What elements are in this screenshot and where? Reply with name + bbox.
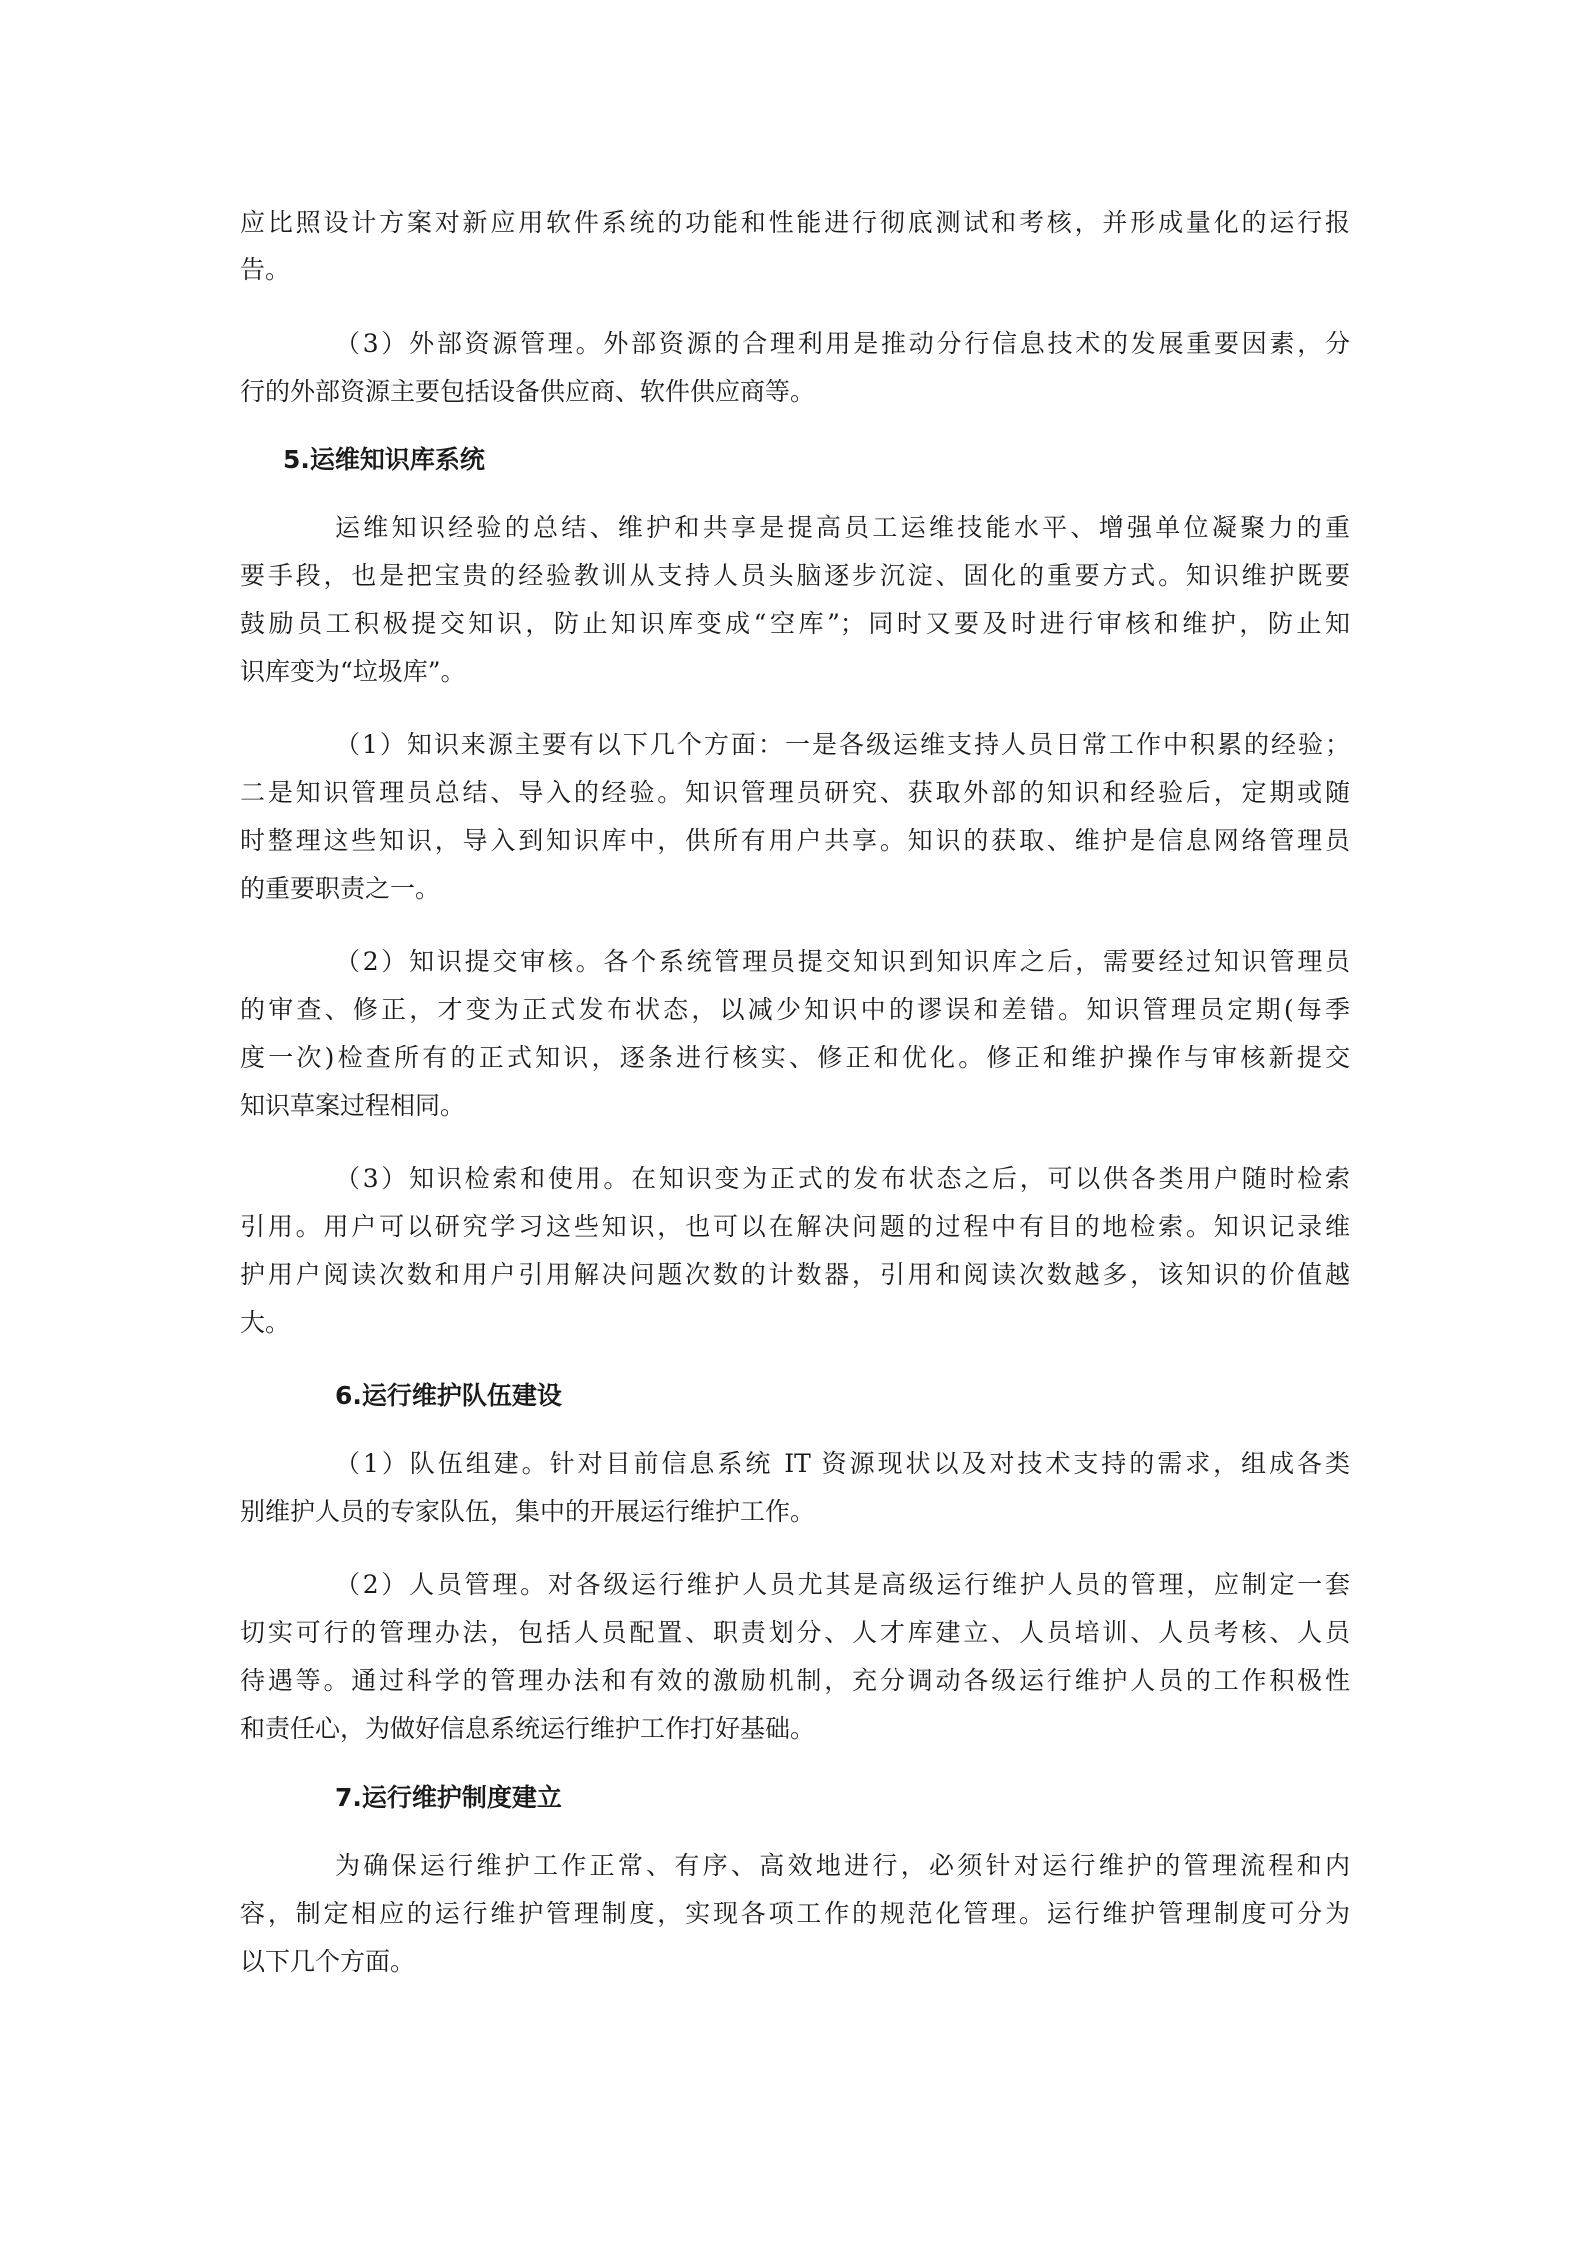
paragraph-line: 度一次)检查所有的正式知识，逐条进行核实、修正和优化。修正和维护操作与审核新提交	[240, 1042, 1350, 1074]
paragraph-line: （3）知识检索和使用。在知识变为正式的发布状态之后，可以供各类用户随时检索	[335, 1163, 1350, 1195]
paragraph-line: 切实可行的管理办法，包括人员配置、职责划分、人才库建立、人员培训、人员考核、人员	[240, 1617, 1350, 1649]
paragraph-line: 运维知识经验的总结、维护和共享是提高员工运维技能水平、增强单位凝聚力的重	[335, 512, 1350, 544]
section-heading: 5.运维知识库系统	[283, 444, 485, 476]
paragraph-line: 识库变为“垃圾库”。	[240, 656, 1350, 688]
paragraph-line: 以下几个方面。	[240, 1946, 1350, 1978]
paragraph-line: 容，制定相应的运行维护管理制度，实现各项工作的规范化管理。运行维护管理制度可分为	[240, 1898, 1350, 1930]
paragraph-line: 待遇等。通过科学的管理办法和有效的激励机制，充分调动各级运行维护人员的工作积极性	[240, 1665, 1350, 1697]
paragraph-line: 二是知识管理员总结、导入的经验。知识管理员研究、获取外部的知识和经验后，定期或随	[240, 777, 1350, 809]
paragraph-line: 告。	[240, 254, 1350, 286]
paragraph-line: 时整理这些知识，导入到知识库中，供所有用户共享。知识的获取、维护是信息网络管理员	[240, 825, 1350, 857]
paragraph-line: （1）知识来源主要有以下几个方面：一是各级运维支持人员日常工作中积累的经验；	[335, 729, 1350, 761]
document-page: 应比照设计方案对新应用软件系统的功能和性能进行彻底测试和考核，并形成量化的运行报…	[0, 0, 1587, 2245]
paragraph-line: 引用。用户可以研究学习这些知识，也可以在解决问题的过程中有目的地检索。知识记录维	[240, 1211, 1350, 1243]
paragraph-line: 鼓励员工积极提交知识，防止知识库变成“空库”；同时又要及时进行审核和维护，防止知	[240, 608, 1350, 640]
paragraph-line: （1）队伍组建。针对目前信息系统 IT 资源现状以及对技术支持的需求，组成各类	[335, 1448, 1350, 1480]
paragraph-line: 大。	[240, 1307, 1350, 1339]
paragraph-line: 别维护人员的专家队伍，集中的开展运行维护工作。	[240, 1496, 1350, 1528]
paragraph-line: 护用户阅读次数和用户引用解决问题次数的计数器，引用和阅读次数越多，该知识的价值越	[240, 1259, 1350, 1291]
section-heading: 7.运行维护制度建立	[335, 1782, 562, 1814]
paragraph-line: 知识草案过程相同。	[240, 1090, 1350, 1122]
paragraph-line: 和责任心，为做好信息系统运行维护工作打好基础。	[240, 1713, 1350, 1745]
section-heading: 6.运行维护队伍建设	[335, 1380, 562, 1412]
paragraph-line: （2）人员管理。对各级运行维护人员尤其是高级运行维护人员的管理，应制定一套	[335, 1569, 1350, 1601]
paragraph-line: 行的外部资源主要包括设备供应商、软件供应商等。	[240, 376, 1350, 408]
paragraph-line: 应比照设计方案对新应用软件系统的功能和性能进行彻底测试和考核，并形成量化的运行报	[240, 207, 1350, 239]
paragraph-line: 要手段，也是把宝贵的经验教训从支持人员头脑逐步沉淀、固化的重要方式。知识维护既要	[240, 560, 1350, 592]
paragraph-line: 为确保运行维护工作正常、有序、高效地进行，必须针对运行维护的管理流程和内	[335, 1850, 1350, 1882]
paragraph-line: （3）外部资源管理。外部资源的合理利用是推动分行信息技术的发展重要因素，分	[335, 328, 1350, 360]
paragraph-line: 的审查、修正，才变为正式发布状态，以减少知识中的谬误和差错。知识管理员定期(每季	[240, 994, 1350, 1026]
paragraph-line: 的重要职责之一。	[240, 873, 1350, 905]
paragraph-line: （2）知识提交审核。各个系统管理员提交知识到知识库之后，需要经过知识管理员	[335, 946, 1350, 978]
